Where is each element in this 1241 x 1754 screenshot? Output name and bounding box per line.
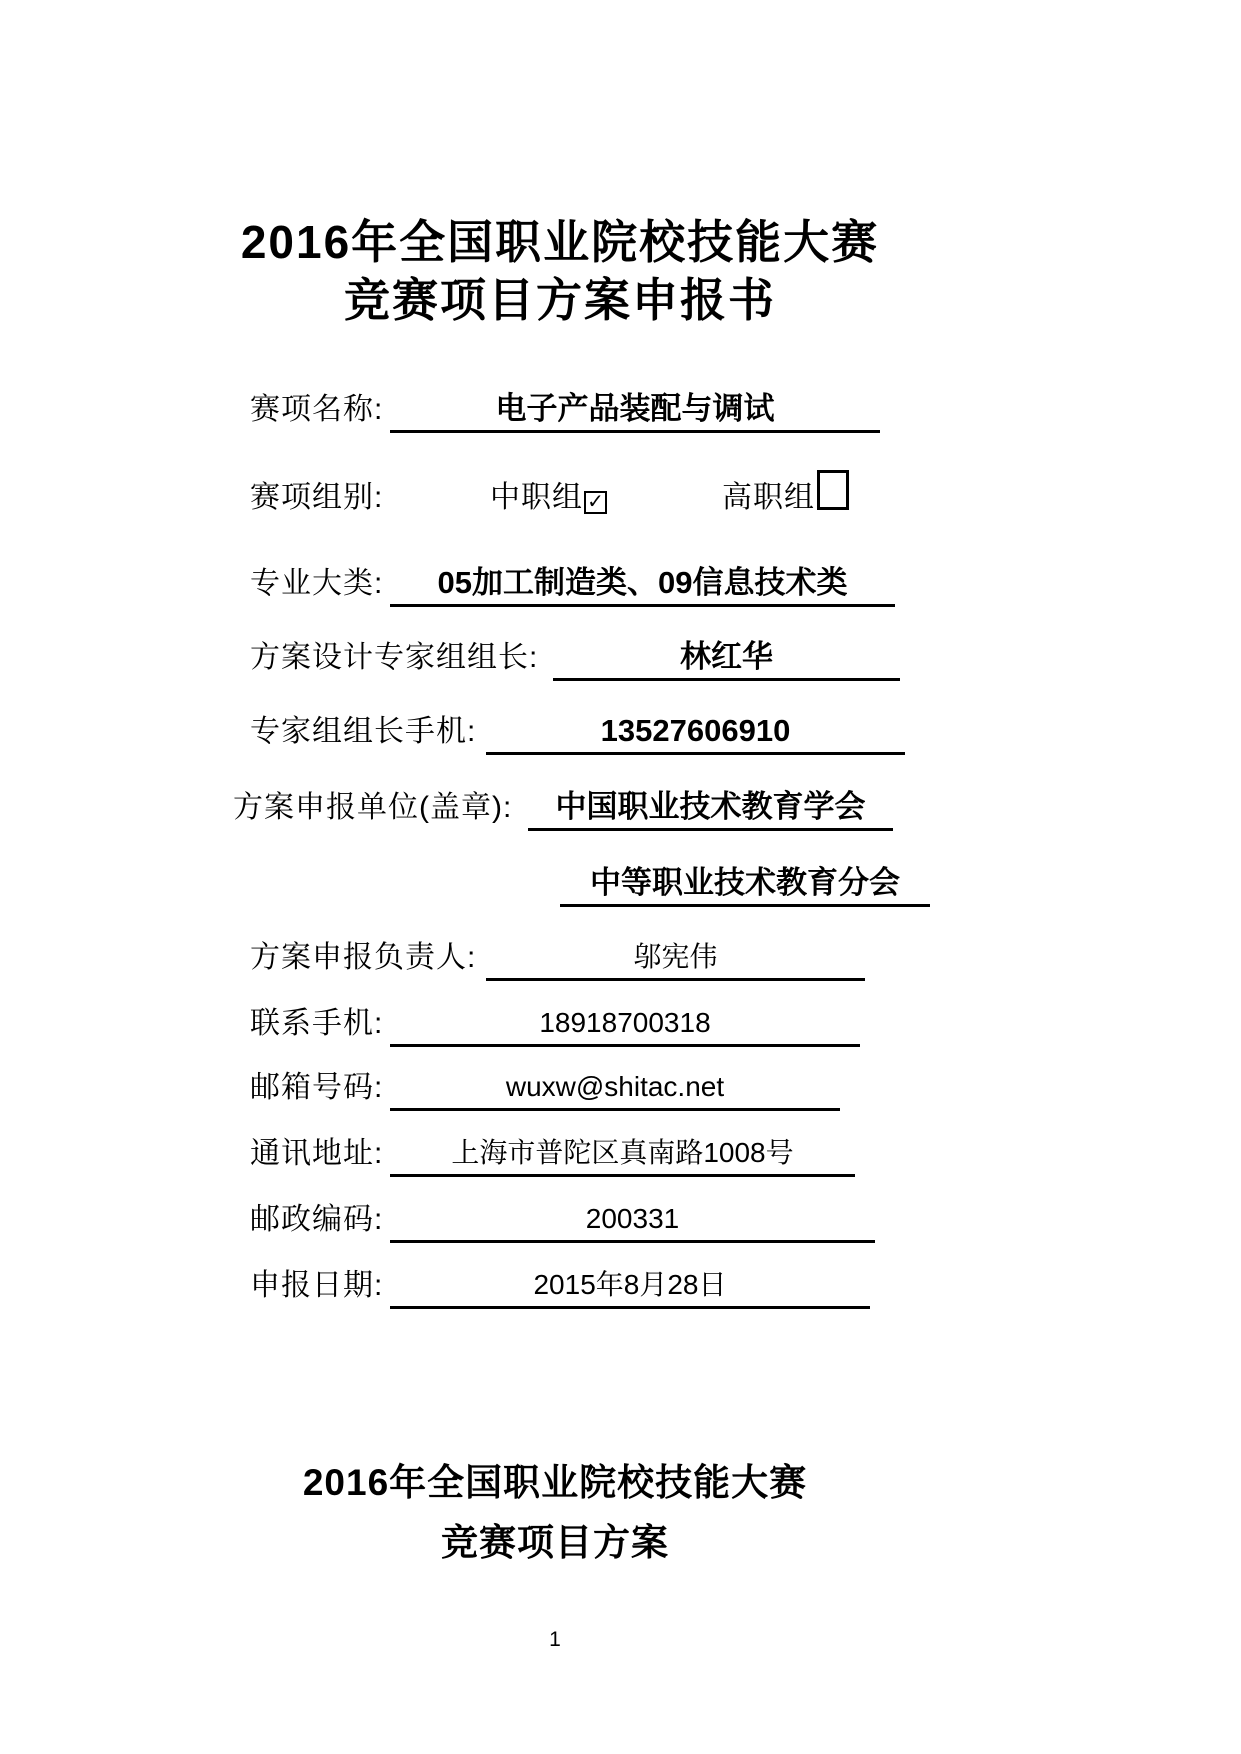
field-application-date-label: 申报日期: bbox=[250, 1266, 383, 1306]
field-application-date: 申报日期: 2015年8月28日 bbox=[0, 1266, 1241, 1312]
field-postal-code-value: 200331 bbox=[390, 1200, 875, 1243]
option-secondary-vocational: 中职组✓ bbox=[490, 478, 607, 526]
page-number: 1 bbox=[0, 1628, 1110, 1652]
check-mark: ✓ bbox=[586, 492, 605, 512]
option-higher-vocational: 高职组 bbox=[722, 478, 849, 518]
field-applicant-person-label: 方案申报负责人: bbox=[250, 938, 476, 978]
field-applicant-unit-value-line2: 中等职业技术教育分会 bbox=[560, 864, 930, 907]
field-email-value: wuxw@shitac.net bbox=[390, 1068, 840, 1111]
field-mailing-address-label: 通讯地址: bbox=[250, 1134, 383, 1174]
option-secondary-vocational-label: 中职组 bbox=[490, 481, 583, 514]
field-applicant-person: 方案申报负责人: 邬宪伟 bbox=[0, 938, 1241, 984]
field-expert-group-leader-label: 方案设计专家组组长: bbox=[250, 638, 538, 678]
field-mailing-address-value: 上海市普陀区真南路1008号 bbox=[390, 1134, 855, 1177]
option-higher-vocational-label: 高职组 bbox=[722, 481, 815, 514]
field-major-category-label: 专业大类: bbox=[250, 564, 383, 604]
document-title-line1: 2016年全国职业院校技能大赛 bbox=[0, 206, 1120, 272]
application-form-page: 2016年全国职业院校技能大赛 竞赛项目方案申报书 赛项名称: 电子产品装配与调… bbox=[0, 0, 1241, 1754]
field-contact-mobile-value: 18918700318 bbox=[390, 1004, 860, 1047]
field-expert-group-leader-value: 林红华 bbox=[553, 638, 900, 681]
field-expert-leader-mobile-value: 13527606910 bbox=[486, 712, 905, 755]
field-event-group: 赛项组别: 中职组✓ 高职组 bbox=[0, 478, 1241, 524]
field-applicant-unit-value-line1: 中国职业技术教育学会 bbox=[528, 788, 893, 831]
checkbox-empty-icon bbox=[817, 470, 849, 510]
field-postal-code-label: 邮政编码: bbox=[250, 1200, 383, 1240]
field-major-category: 专业大类: 05加工制造类、09信息技术类 bbox=[0, 564, 1241, 610]
field-email-label: 邮箱号码: bbox=[250, 1068, 383, 1108]
field-event-name: 赛项名称: 电子产品装配与调试 bbox=[0, 390, 1241, 436]
field-contact-mobile-label: 联系手机: bbox=[250, 1004, 383, 1044]
field-email: 邮箱号码: wuxw@shitac.net bbox=[0, 1068, 1241, 1114]
checkbox-checked-icon: ✓ bbox=[584, 491, 607, 514]
field-event-name-label: 赛项名称: bbox=[250, 390, 383, 430]
field-postal-code: 邮政编码: 200331 bbox=[0, 1200, 1241, 1246]
field-expert-leader-mobile: 专家组组长手机: 13527606910 bbox=[0, 712, 1241, 758]
field-application-date-value: 2015年8月28日 bbox=[390, 1266, 870, 1309]
field-major-category-value: 05加工制造类、09信息技术类 bbox=[390, 564, 895, 607]
footer-title-line2: 竞赛项目方案 bbox=[0, 1512, 1110, 1566]
field-applicant-unit: 方案申报单位(盖章): 中国职业技术教育学会 bbox=[0, 788, 1241, 834]
field-expert-leader-mobile-label: 专家组组长手机: bbox=[250, 712, 476, 752]
document-title-line2: 竞赛项目方案申报书 bbox=[0, 264, 1120, 330]
field-mailing-address: 通讯地址: 上海市普陀区真南路1008号 bbox=[0, 1134, 1241, 1180]
field-event-name-value: 电子产品装配与调试 bbox=[390, 390, 880, 433]
field-contact-mobile: 联系手机: 18918700318 bbox=[0, 1004, 1241, 1050]
field-applicant-person-value: 邬宪伟 bbox=[486, 938, 865, 981]
field-event-group-label: 赛项组别: bbox=[250, 478, 383, 518]
field-expert-group-leader: 方案设计专家组组长: 林红华 bbox=[0, 638, 1241, 684]
field-applicant-unit-label: 方案申报单位(盖章): bbox=[233, 788, 512, 828]
footer-title-line1: 2016年全国职业院校技能大赛 bbox=[0, 1452, 1110, 1506]
field-applicant-unit-continued: 中等职业技术教育分会 bbox=[0, 864, 1241, 910]
